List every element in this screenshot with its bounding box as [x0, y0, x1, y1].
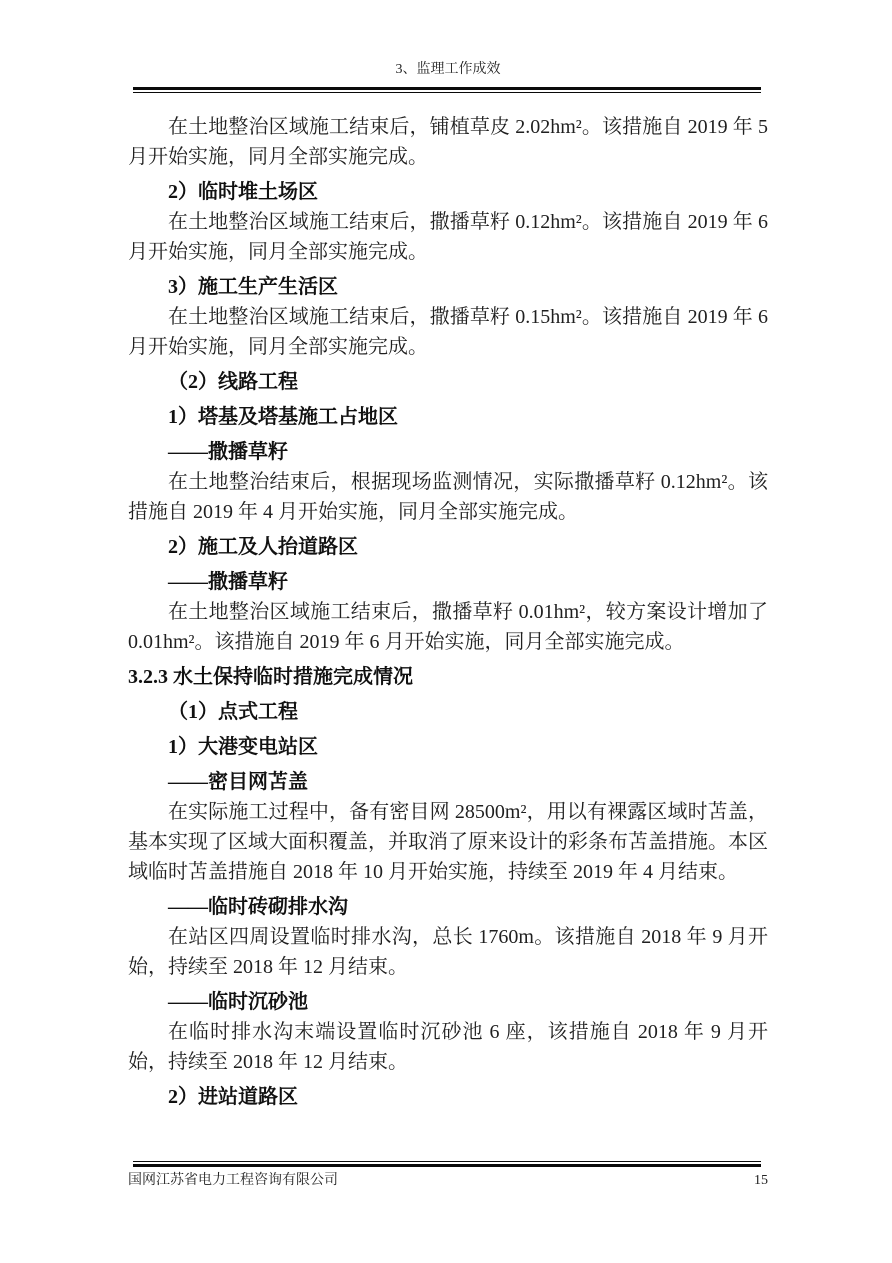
heading: 3）施工生产生活区	[128, 272, 768, 302]
page-footer: 国网江苏省电力工程咨询有限公司 15	[128, 1172, 768, 1190]
section-heading: 3.2.3 水土保持临时措施完成情况	[128, 662, 768, 692]
paragraph: 在土地整治区域施工结束后，撒播草籽 0.12hm²。该措施自 2019 年 6 …	[128, 207, 768, 267]
heading: ——撒播草籽	[128, 437, 768, 467]
heading: （2）线路工程	[128, 367, 768, 397]
paragraph: 在临时排水沟末端设置临时沉砂池 6 座，该措施自 2018 年 9 月开始，持续…	[128, 1017, 768, 1077]
heading: ——临时砖砌排水沟	[128, 892, 768, 922]
heading: ——密目网苫盖	[128, 767, 768, 797]
paragraph: 在站区四周设置临时排水沟，总长 1760m。该措施自 2018 年 9 月开始，…	[128, 922, 768, 982]
page-header-title: 3、监理工作成效	[128, 61, 768, 79]
paragraph: 在实际施工过程中，备有密目网 28500m²，用以有裸露区域时苫盖，基本实现了区…	[128, 797, 768, 887]
paragraph: 在土地整治区域施工结束后，撒播草籽 0.15hm²。该措施自 2019 年 6 …	[128, 302, 768, 362]
paragraph: 在土地整治区域施工结束后，铺植草皮 2.02hm²。该措施自 2019 年 5 …	[128, 112, 768, 172]
heading: （1）点式工程	[128, 697, 768, 727]
heading: 2）施工及人抬道路区	[128, 532, 768, 562]
heading: 1）大港变电站区	[128, 732, 768, 762]
paragraph: 在土地整治结束后，根据现场监测情况，实际撒播草籽 0.12hm²。该措施自 20…	[128, 467, 768, 527]
heading: 2）进站道路区	[128, 1082, 768, 1112]
header-rule	[133, 87, 761, 93]
heading: 1）塔基及塔基施工占地区	[128, 402, 768, 432]
document-page: 3、监理工作成效 在土地整治区域施工结束后，铺植草皮 2.02hm²。该措施自 …	[0, 0, 892, 1263]
footer-company-name: 国网江苏省电力工程咨询有限公司	[128, 1172, 338, 1190]
heading: ——临时沉砂池	[128, 987, 768, 1017]
heading: 2）临时堆土场区	[128, 177, 768, 207]
heading: ——撒播草籽	[128, 567, 768, 597]
footer-page-number: 15	[754, 1172, 768, 1190]
footer-rule	[133, 1161, 761, 1167]
paragraph: 在土地整治区域施工结束后，撒播草籽 0.01hm²，较方案设计增加了 0.01h…	[128, 597, 768, 657]
document-body: 在土地整治区域施工结束后，铺植草皮 2.02hm²。该措施自 2019 年 5 …	[128, 112, 768, 1112]
